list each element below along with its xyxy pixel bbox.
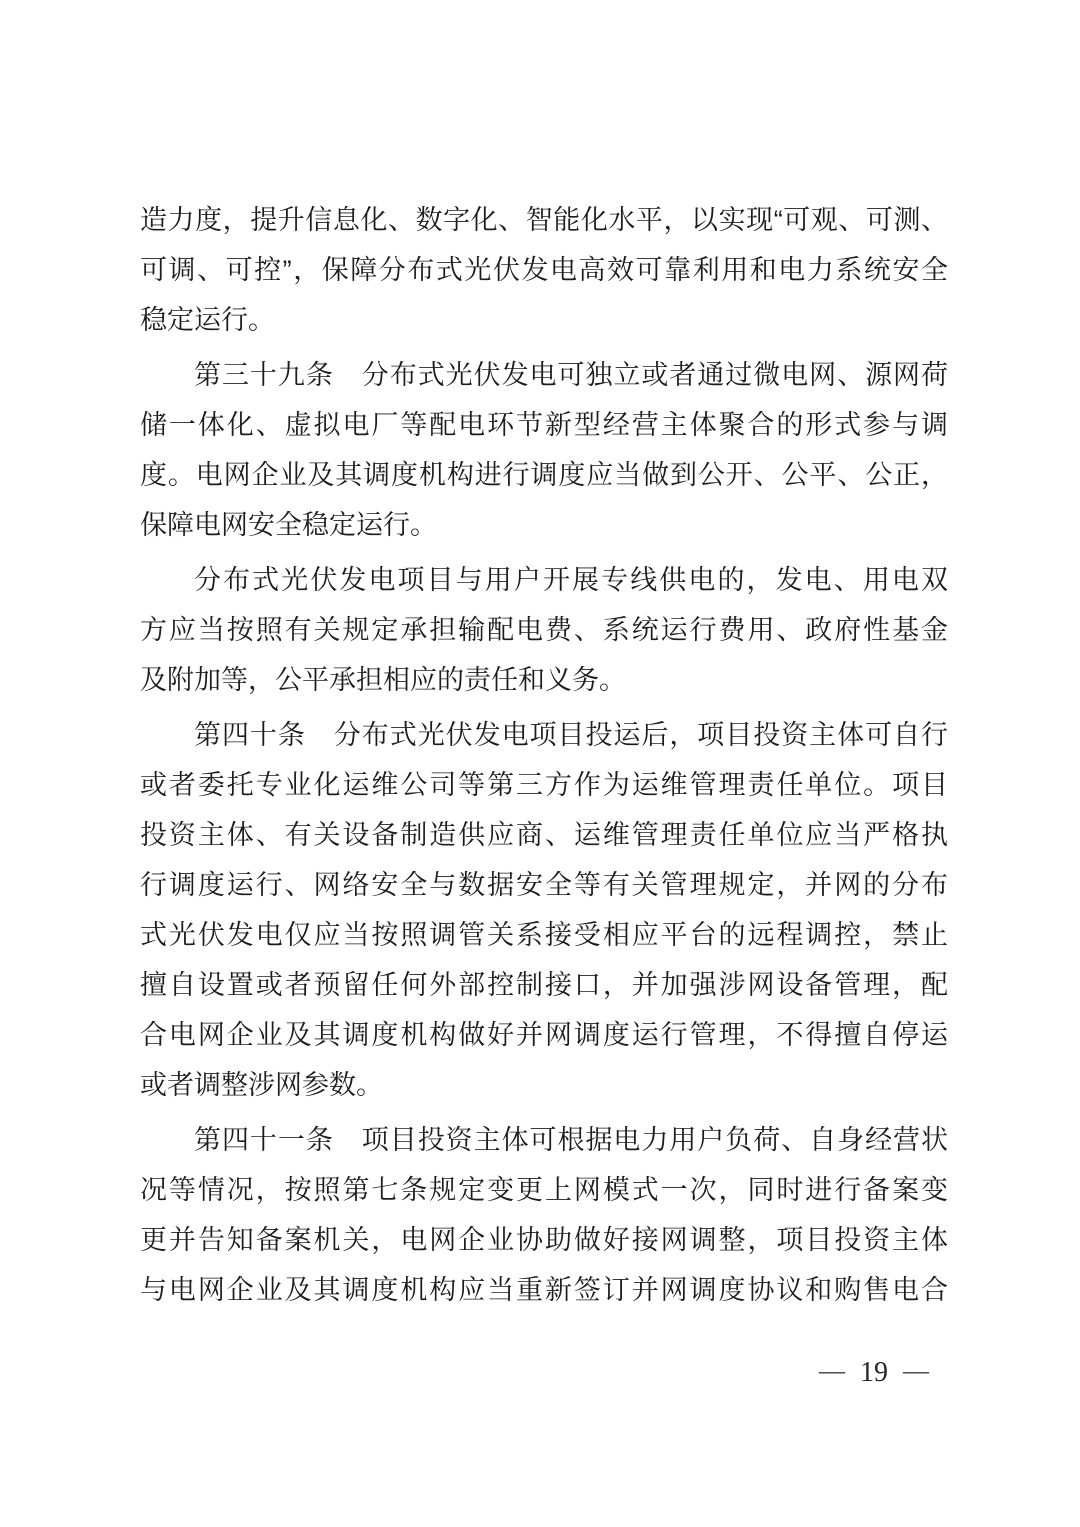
- paragraph: 造力度，提升信息化、数字化、智能化水平，以实现“可观、可测、 可调、可控”，保障…: [140, 195, 948, 345]
- text-line: 第四十条 分布式光伏发电项目投运后，项目投资主体可自行: [140, 710, 948, 760]
- text-line: 擅自设置或者预留任何外部控制接口，并加强涉网设备管理，配: [140, 960, 948, 1010]
- text-line: 分布式光伏发电项目与用户开展专线供电的，发电、用电双: [140, 555, 948, 605]
- document-page-root: { "document": { "paragraphs": [ { "lines…: [0, 0, 1080, 1527]
- text-line: 与电网企业及其调度机构应当重新签订并网调度协议和购售电合: [140, 1265, 948, 1315]
- paragraph: 第四十条 分布式光伏发电项目投运后，项目投资主体可自行 或者委托专业化运维公司等…: [140, 710, 948, 1110]
- text-line: 投资主体、有关设备制造供应商、运维管理责任单位应当严格执: [140, 810, 948, 860]
- document-page: 造力度，提升信息化、数字化、智能化水平，以实现“可观、可测、 可调、可控”，保障…: [0, 0, 1080, 1527]
- text-line: 况等情况，按照第七条规定变更上网模式一次，同时进行备案变: [140, 1165, 948, 1215]
- text-line: 合电网企业及其调度机构做好并网调度运行管理，不得擅自停运: [140, 1010, 948, 1060]
- paragraph: 第四十一条 项目投资主体可根据电力用户负荷、自身经营状 况等情况，按照第七条规定…: [140, 1115, 948, 1315]
- text-line: 行调度运行、网络安全与数据安全等有关管理规定，并网的分布: [140, 860, 948, 910]
- text-line: 保障电网安全稳定运行。: [140, 500, 948, 550]
- text-line: 造力度，提升信息化、数字化、智能化水平，以实现“可观、可测、: [140, 195, 948, 245]
- footer-dash-right: —: [903, 1356, 929, 1386]
- text-line: 储一体化、虚拟电厂等配电环节新型经营主体聚合的形式参与调: [140, 400, 948, 450]
- footer-dash-left: —: [819, 1356, 845, 1386]
- text-line: 更并告知备案机关，电网企业协助做好接网调整，项目投资主体: [140, 1215, 948, 1265]
- text-line: 方应当按照有关规定承担输配电费、系统运行费用、政府性基金: [140, 605, 948, 655]
- page-footer: — 19 —: [819, 1357, 929, 1389]
- paragraph: 第三十九条 分布式光伏发电可独立或者通过微电网、源网荷 储一体化、虚拟电厂等配电…: [140, 350, 948, 550]
- paragraph: 分布式光伏发电项目与用户开展专线供电的，发电、用电双 方应当按照有关规定承担输配…: [140, 555, 948, 705]
- text-line: 及附加等，公平承担相应的责任和义务。: [140, 655, 948, 705]
- text-line: 度。电网企业及其调度机构进行调度应当做到公开、公平、公正，: [140, 450, 948, 500]
- document-body: 造力度，提升信息化、数字化、智能化水平，以实现“可观、可测、 可调、可控”，保障…: [140, 195, 948, 1315]
- text-line: 第三十九条 分布式光伏发电可独立或者通过微电网、源网荷: [140, 350, 948, 400]
- page-number: 19: [860, 1357, 888, 1389]
- text-line: 第四十一条 项目投资主体可根据电力用户负荷、自身经营状: [140, 1115, 948, 1165]
- text-line: 或者委托专业化运维公司等第三方作为运维管理责任单位。项目: [140, 760, 948, 810]
- text-line: 或者调整涉网参数。: [140, 1060, 948, 1110]
- text-line: 式光伏发电仅应当按照调管关系接受相应平台的远程调控，禁止: [140, 910, 948, 960]
- text-line: 可调、可控”，保障分布式光伏发电高效可靠利用和电力系统安全: [140, 245, 948, 295]
- text-line: 稳定运行。: [140, 295, 948, 345]
